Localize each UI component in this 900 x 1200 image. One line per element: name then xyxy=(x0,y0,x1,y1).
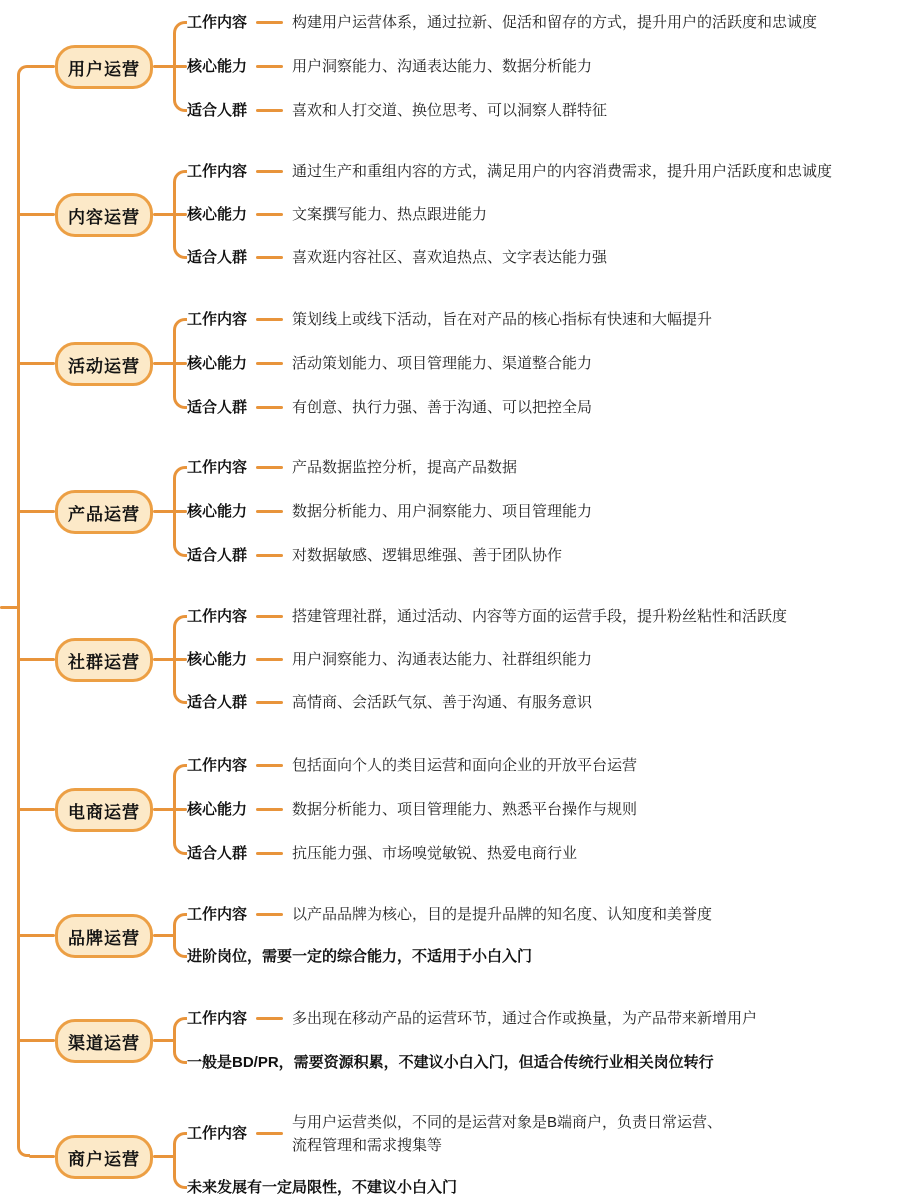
connector xyxy=(173,215,187,259)
branch-label: 工作内容 xyxy=(187,606,247,628)
connector xyxy=(19,934,55,937)
connector xyxy=(256,256,283,259)
branch-label: 核心能力 xyxy=(187,501,247,523)
connector xyxy=(173,764,187,812)
node-activity-ops[interactable]: 活动运营 xyxy=(55,342,153,386)
connector xyxy=(173,913,187,938)
connector xyxy=(173,67,187,112)
connector xyxy=(173,170,187,217)
branch-text: 搭建管理社群，通过活动、内容等方面的运营手段，提升粉丝粘性和活跃度 xyxy=(292,606,787,628)
connector xyxy=(173,1157,187,1189)
connector xyxy=(153,510,187,513)
connector xyxy=(256,852,283,855)
branch-label: 核心能力 xyxy=(187,799,247,821)
connector xyxy=(256,808,283,811)
node-product-ops[interactable]: 产品运营 xyxy=(55,490,153,534)
connector xyxy=(256,318,283,321)
branch-text: 喜欢和人打交道、换位思考、可以洞察人群特征 xyxy=(292,100,607,122)
connector xyxy=(173,1017,187,1043)
connector xyxy=(256,170,283,173)
connector xyxy=(173,810,187,855)
branch-text: 通过生产和重组内容的方式，满足用户的内容消费需求，提升用户活跃度和忠诚度 xyxy=(292,161,832,183)
branch-label: 工作内容 xyxy=(187,309,247,331)
connector xyxy=(256,658,283,661)
connector xyxy=(173,318,187,366)
branch-text: 喜欢逛内容社区、喜欢追热点、文字表达能力强 xyxy=(292,247,607,269)
node-community-ops[interactable]: 社群运营 xyxy=(55,638,153,682)
branch-label: 适合人群 xyxy=(187,545,247,567)
connector xyxy=(173,21,187,69)
connector xyxy=(19,658,55,661)
connector xyxy=(153,658,187,661)
branch-label: 工作内容 xyxy=(187,904,247,926)
node-content-ops[interactable]: 内容运营 xyxy=(55,193,153,237)
branch-text: 策划线上或线下活动，旨在对产品的核心指标有快速和大幅提升 xyxy=(292,309,712,331)
node-merchant-ops[interactable]: 商户运营 xyxy=(55,1135,153,1179)
node-ecommerce-ops[interactable]: 电商运营 xyxy=(55,788,153,832)
connector xyxy=(153,362,187,365)
branch-text: 用户洞察能力、沟通表达能力、数据分析能力 xyxy=(292,56,592,78)
root-connector xyxy=(0,606,19,609)
connector xyxy=(173,660,187,704)
connector xyxy=(256,764,283,767)
branch-note: 进阶岗位，需要一定的综合能力，不适用于小白入门 xyxy=(187,946,532,968)
connector xyxy=(153,808,187,811)
branch-label: 适合人群 xyxy=(187,692,247,714)
connector xyxy=(256,913,283,916)
branch-label: 工作内容 xyxy=(187,1008,247,1030)
connector xyxy=(256,213,283,216)
connector xyxy=(256,362,283,365)
branch-label: 工作内容 xyxy=(187,1123,247,1145)
connector xyxy=(153,213,187,216)
connector xyxy=(256,1132,283,1135)
connector xyxy=(173,1132,187,1159)
branch-text: 活动策划能力、项目管理能力、渠道整合能力 xyxy=(292,353,592,375)
connector xyxy=(153,65,187,68)
branch-label: 适合人群 xyxy=(187,843,247,865)
connector xyxy=(173,364,187,409)
connector xyxy=(19,213,55,216)
connector xyxy=(256,21,283,24)
connector xyxy=(173,512,187,557)
branch-label: 核心能力 xyxy=(187,649,247,671)
branch-label: 核心能力 xyxy=(187,56,247,78)
branch-text: 产品数据监控分析，提高产品数据 xyxy=(292,457,517,479)
branch-note: 一般是BD/PR，需要资源积累，不建议小白入门，但适合传统行业相关岗位转行 xyxy=(187,1052,714,1074)
connector xyxy=(256,701,283,704)
spine-line xyxy=(17,76,20,1146)
branch-note: 未来发展有一定局限性，不建议小白入门 xyxy=(187,1177,457,1199)
connector xyxy=(19,808,55,811)
connector xyxy=(29,65,55,68)
connector xyxy=(29,1155,55,1158)
branch-text: 有创意、执行力强、善于沟通、可以把控全局 xyxy=(292,397,592,419)
connector xyxy=(19,362,55,365)
connector xyxy=(256,109,283,112)
connector xyxy=(256,554,283,557)
connector xyxy=(153,934,175,937)
connector xyxy=(173,1041,187,1064)
branch-label: 核心能力 xyxy=(187,204,247,226)
connector xyxy=(153,1039,175,1042)
branch-text: 抗压能力强、市场嗅觉敏锐、热爱电商行业 xyxy=(292,843,577,865)
connector xyxy=(153,1155,175,1158)
node-brand-ops[interactable]: 品牌运营 xyxy=(55,914,153,958)
connector xyxy=(173,466,187,514)
branch-label: 工作内容 xyxy=(187,12,247,34)
branch-text: 包括面向个人的类目运营和面向企业的开放平台运营 xyxy=(292,755,637,777)
connector xyxy=(256,615,283,618)
branch-text: 文案撰写能力、热点跟进能力 xyxy=(292,204,487,226)
branch-text: 数据分析能力、项目管理能力、熟悉平台操作与规则 xyxy=(292,799,637,821)
node-channel-ops[interactable]: 渠道运营 xyxy=(55,1019,153,1063)
branch-label: 适合人群 xyxy=(187,100,247,122)
branch-text: 构建用户运营体系，通过拉新、促活和留存的方式，提升用户的活跃度和忠诚度 xyxy=(292,12,817,34)
branch-text: 以产品品牌为核心，目的是提升品牌的知名度、认知度和美誉度 xyxy=(292,904,712,926)
branch-label: 工作内容 xyxy=(187,457,247,479)
branch-label: 工作内容 xyxy=(187,161,247,183)
connector xyxy=(256,65,283,68)
connector xyxy=(256,1017,283,1020)
branch-text: 与用户运营类似，不同的是运营对象是B端商户，负责日常运营、 流程管理和需求搜集等 xyxy=(292,1111,722,1157)
connector xyxy=(256,406,283,409)
branch-text: 数据分析能力、用户洞察能力、项目管理能力 xyxy=(292,501,592,523)
connector xyxy=(19,510,55,513)
connector xyxy=(173,615,187,662)
branch-label: 适合人群 xyxy=(187,247,247,269)
branch-label: 工作内容 xyxy=(187,755,247,777)
branch-text: 多出现在移动产品的运营环节，通过合作或换量，为产品带来新增用户 xyxy=(292,1008,757,1030)
node-user-ops[interactable]: 用户运营 xyxy=(55,45,153,89)
branch-label: 适合人群 xyxy=(187,397,247,419)
connector xyxy=(256,466,283,469)
branch-text: 高情商、会活跃气氛、善于沟通、有服务意识 xyxy=(292,692,592,714)
branch-label: 核心能力 xyxy=(187,353,247,375)
branch-text: 用户洞察能力、沟通表达能力、社群组织能力 xyxy=(292,649,592,671)
branch-text: 对数据敏感、逻辑思维强、善于团队协作 xyxy=(292,545,562,567)
connector xyxy=(173,936,187,958)
connector xyxy=(19,1039,55,1042)
connector xyxy=(256,510,283,513)
